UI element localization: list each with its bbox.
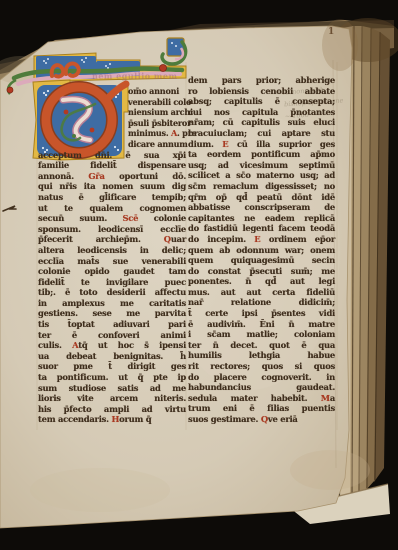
- text-line: abbatisse conscripseram de: [188, 202, 335, 213]
- rubric-letter: E: [254, 234, 260, 244]
- text-line: minimus. A. pre: [128, 128, 186, 139]
- folio-number: 1: [328, 27, 334, 37]
- text-line: ta pontificum. ut q̄ pte ip: [38, 372, 186, 383]
- text-line: his p̄fecto ampli ad virtu: [38, 404, 186, 415]
- text-line: cui nos capitula p̄notantes: [188, 107, 335, 118]
- text-line: sc̄m remaclum digessisset; no: [188, 181, 335, 192]
- text-line: suos gestimare. Qve eriā: [188, 414, 335, 425]
- text-line: scilicet a sc̄o materno usq; ad: [188, 170, 335, 181]
- text-line: gestiens. sese me parvita: [38, 308, 186, 319]
- text-line: culis. Atq̄ ut hoc s̄ ipensi: [38, 340, 186, 351]
- text-line: ua debeat benignitas. h̄: [38, 351, 186, 362]
- text-line: quem quiquagesimū secin: [188, 255, 335, 266]
- text-line: do constat p̄secuti sum̄; me: [188, 266, 335, 277]
- text-line: lioris vite arcem niteris.: [38, 393, 186, 404]
- manuscript-photo: { "page": { "folio_number": "1", "backgr…: [0, 0, 398, 550]
- text-line: tib;. ē toto desiderii affectu: [38, 287, 186, 298]
- rubric-letter: Q: [261, 414, 268, 424]
- text-line: natus ē gl̄ificare tempib;: [38, 192, 186, 203]
- text-line: ta eordem pontificum ap̄mo: [188, 149, 335, 160]
- rubric-letter: A: [72, 340, 78, 350]
- rubric-letter: H: [111, 414, 119, 424]
- left-column: om̄o annonivenerabili coloniensium archi…: [38, 86, 186, 425]
- text-line: ecclīa mat̄s sue venerabili: [38, 256, 186, 267]
- text-line: om̄o annoni: [128, 86, 186, 97]
- text-line: niensium archi: [128, 107, 186, 118]
- text-line: nar̄ relatione didicim̄;: [188, 297, 335, 308]
- text-line: habundancius gaudeat.: [188, 382, 335, 393]
- text-line: fidelit̄ te invigilare puec: [38, 277, 186, 288]
- text-line: nr̄am; cū capitulis suis eluci: [188, 117, 335, 128]
- text-line: humilis lethgia habue: [188, 350, 335, 361]
- right-column: dem pars prior; abherigero lobiensis cen…: [188, 75, 335, 425]
- text-line: qui nr̄is ita nomen suum dig: [38, 181, 186, 192]
- rubric-letter: Gr̄a: [88, 171, 104, 181]
- text-line: dicare annum: [128, 139, 186, 150]
- text-line: acceptum dn̄i. ē sua xp̄i: [38, 150, 186, 161]
- text-line: dem pars prior; abherige: [188, 75, 335, 86]
- text-line: ut te qualem cognomen: [38, 203, 186, 214]
- text-line: venerabili colo: [128, 97, 186, 108]
- text-line: tem accendaris. Horum q̄: [38, 414, 186, 425]
- text-line: t̄ certe ipsi p̄sentes vidi: [188, 308, 335, 319]
- text-line: absq; capitulis ē consepta;: [188, 96, 335, 107]
- text-line: suor pme t̄ dirigit ges: [38, 361, 186, 372]
- rubric-letter: E: [222, 139, 228, 149]
- ghost-rubric: nem egullio mem: [92, 71, 192, 81]
- text-line: capitantes ne eadem replicā: [188, 213, 335, 224]
- text-line: ponentes. n̄ qd̄ aut legi: [188, 276, 335, 287]
- text-line: qr̄m op̄ qd̄ peatū dōnt idē: [188, 192, 335, 203]
- text-line: quem ab odonnum war; onem: [188, 245, 335, 256]
- text-line: in amplexus me caritatis: [38, 298, 186, 309]
- text-line: colonie opido gaudet tam: [38, 266, 186, 277]
- text-line: annonā. Gr̄a oportuni dō.: [38, 171, 186, 182]
- text-line: altera leodicensis in delic;: [38, 245, 186, 256]
- text-line: bracuiuclam; cui aptare stu: [188, 128, 335, 139]
- text-line: sum studiose satis ad me: [38, 383, 186, 394]
- text-line: p̄suli p̄sbiteror: [128, 118, 186, 129]
- text-line: dium. E cū illa suprior ges: [188, 139, 335, 150]
- text-line: ē audivim̄. Ēni n̄ matre: [188, 319, 335, 330]
- rubric-letter: Scē: [122, 213, 138, 223]
- text-line: ter ē confoveri animi: [38, 330, 186, 341]
- text-line: rit rectores; quos si quos: [188, 361, 335, 372]
- text-line: do placere cognoverit. in: [188, 372, 335, 383]
- text-line: usq; ad vicesimum septimū: [188, 160, 335, 171]
- text-line: familie fidelit̄ dispensare: [38, 160, 186, 171]
- rubric-letter: A: [171, 128, 177, 138]
- text-line: ro lobiensis cenobii abbate: [188, 86, 335, 97]
- text-line: ter n̄ decet. quot ē qua: [188, 340, 335, 351]
- text-line: i sc̄am matlie; coloniam: [188, 329, 335, 340]
- text-line: sponsum. leodicensī ecclīe: [38, 224, 186, 235]
- text-line: p̄fecerit archiep̄m. Quar: [38, 234, 186, 245]
- text-line: do fastidiū legenti facem teodā: [188, 223, 335, 234]
- text-line: sedula mater habebit. Ma: [188, 393, 335, 404]
- text-line: do incepim. E ordinem ep̄or: [188, 234, 335, 245]
- rubric-letter: M: [321, 393, 330, 403]
- text-line: secun̄ suum. Scē colonie: [38, 213, 186, 224]
- text-line: tis t̄optat adiuvari pari: [38, 319, 186, 330]
- text-line: trum eni ē filias puentis: [188, 403, 335, 414]
- text-line: mus. aut aut certa fideliū: [188, 287, 335, 298]
- rubric-letter: Q: [164, 234, 171, 244]
